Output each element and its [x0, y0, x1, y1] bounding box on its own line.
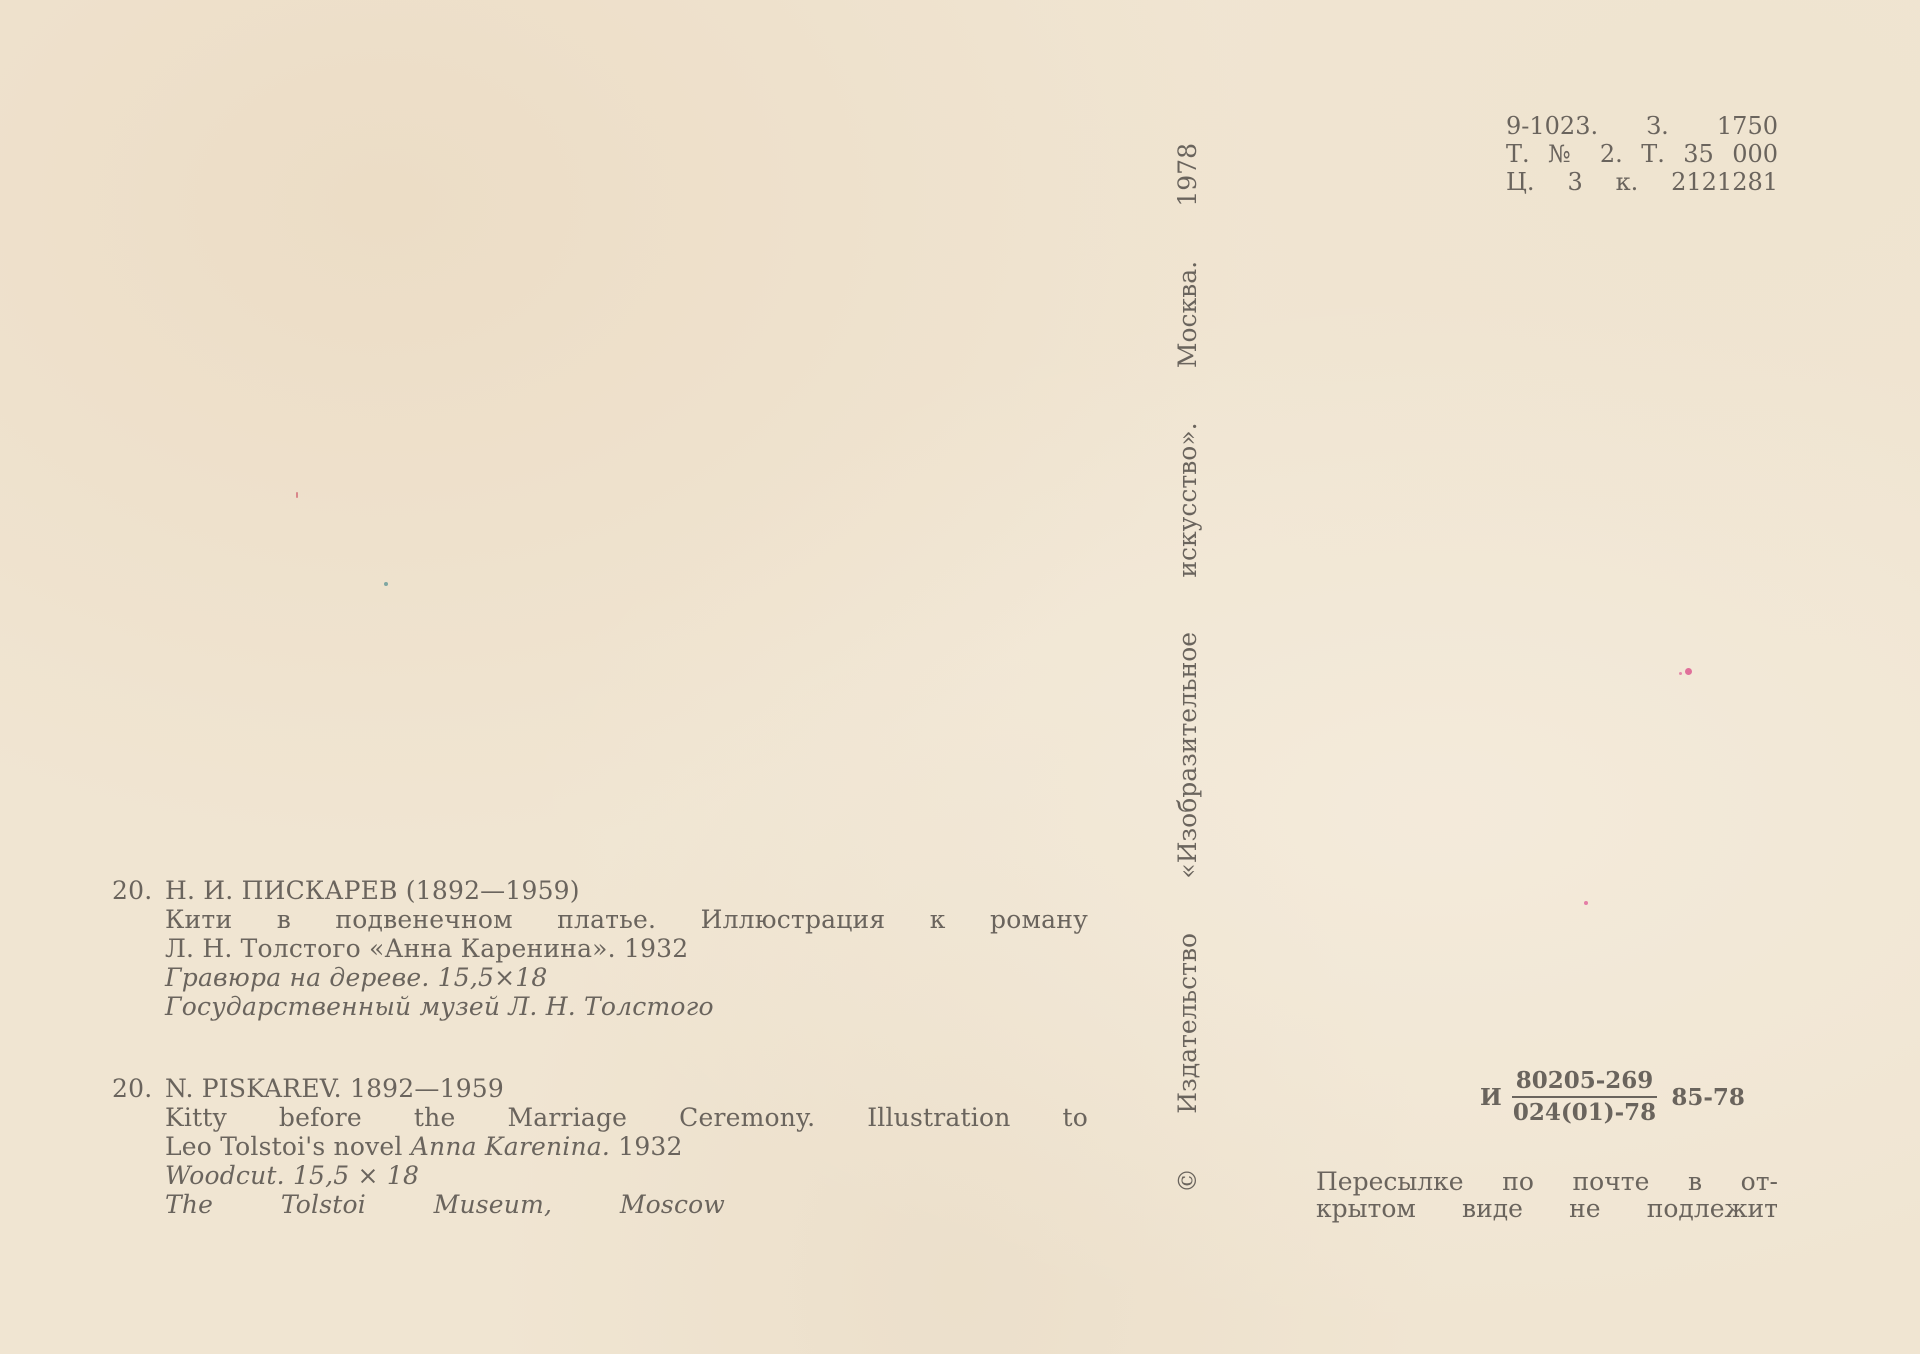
index-denominator: 024(01)-78 [1513, 1098, 1656, 1127]
artwork-technique: Woodcut. 15,5 × 18 [112, 1161, 1088, 1190]
publisher-line-container: © Издательство «Изобразительное искусств… [1172, 143, 1204, 1193]
index-numerator: 80205-269 [1512, 1068, 1658, 1098]
artwork-title-cont: Leo Tolstoi's novel Anna Karenina. 1932 [112, 1132, 1088, 1161]
index-fraction: 80205-269 024(01)-78 [1512, 1068, 1658, 1127]
imprint-line: Ц. 3 к. 2121281 [1506, 168, 1778, 196]
imprint-line: 9-1023. З. 1750 [1506, 112, 1778, 140]
catalog-index-code: И 80205-269 024(01)-78 85-78 [1480, 1068, 1745, 1127]
ink-speck-pink [1685, 668, 1692, 675]
postal-note: Пересылке по почте в от- крытом виде не … [1316, 1168, 1778, 1222]
artist-name: Н. И. ПИСКАРЕВ (1892—1959) [165, 876, 580, 905]
artwork-title: Кити в подвенечном платье. Иллюстрация к… [112, 905, 1088, 934]
caption-heading: 20.N. PISKAREV. 1892—1959 [112, 1074, 1088, 1103]
publisher-copyright: © Издательство «Изобразительное искусств… [1172, 143, 1204, 1193]
postal-note-line: крытом виде не подлежит [1316, 1195, 1778, 1222]
novel-title: Anna Karenina. [411, 1132, 610, 1161]
ink-speck-red [296, 492, 298, 498]
ink-speck-pink [1584, 901, 1588, 905]
artwork-collection: Государственный музей Л. Н. Толстого [112, 992, 1088, 1021]
imprint-line: Т. № 2. Т. 35 000 [1506, 140, 1778, 168]
ink-speck-pink [1679, 672, 1682, 675]
ink-speck-teal [384, 582, 388, 586]
caption-english: 20.N. PISKAREV. 1892—1959 Kitty before t… [112, 1074, 1088, 1219]
artwork-title-cont: Л. Н. Толстого «Анна Каренина». 1932 [112, 934, 1088, 963]
print-imprint: 9-1023. З. 1750 Т. № 2. Т. 35 000 Ц. 3 к… [1506, 112, 1778, 196]
artist-name: N. PISKAREV. 1892—1959 [165, 1074, 504, 1103]
artwork-technique: Гравюра на дереве. 15,5×18 [112, 963, 1088, 992]
artwork-collection: The Tolstoi Museum, Moscow [112, 1190, 725, 1219]
postal-note-line: Пересылке по почте в от- [1316, 1168, 1778, 1195]
title-text: Leo Tolstoi's novel [165, 1132, 411, 1161]
index-prefix: И [1480, 1084, 1502, 1111]
item-number: 20. [112, 1074, 165, 1103]
item-number: 20. [112, 876, 165, 905]
artwork-title: Kitty before the Marriage Ceremony. Illu… [112, 1103, 1088, 1132]
caption-heading: 20.Н. И. ПИСКАРЕВ (1892—1959) [112, 876, 1088, 905]
index-suffix: 85-78 [1671, 1084, 1745, 1111]
caption-russian: 20.Н. И. ПИСКАРЕВ (1892—1959) Кити в под… [112, 876, 1088, 1021]
year: 1932 [610, 1132, 683, 1161]
